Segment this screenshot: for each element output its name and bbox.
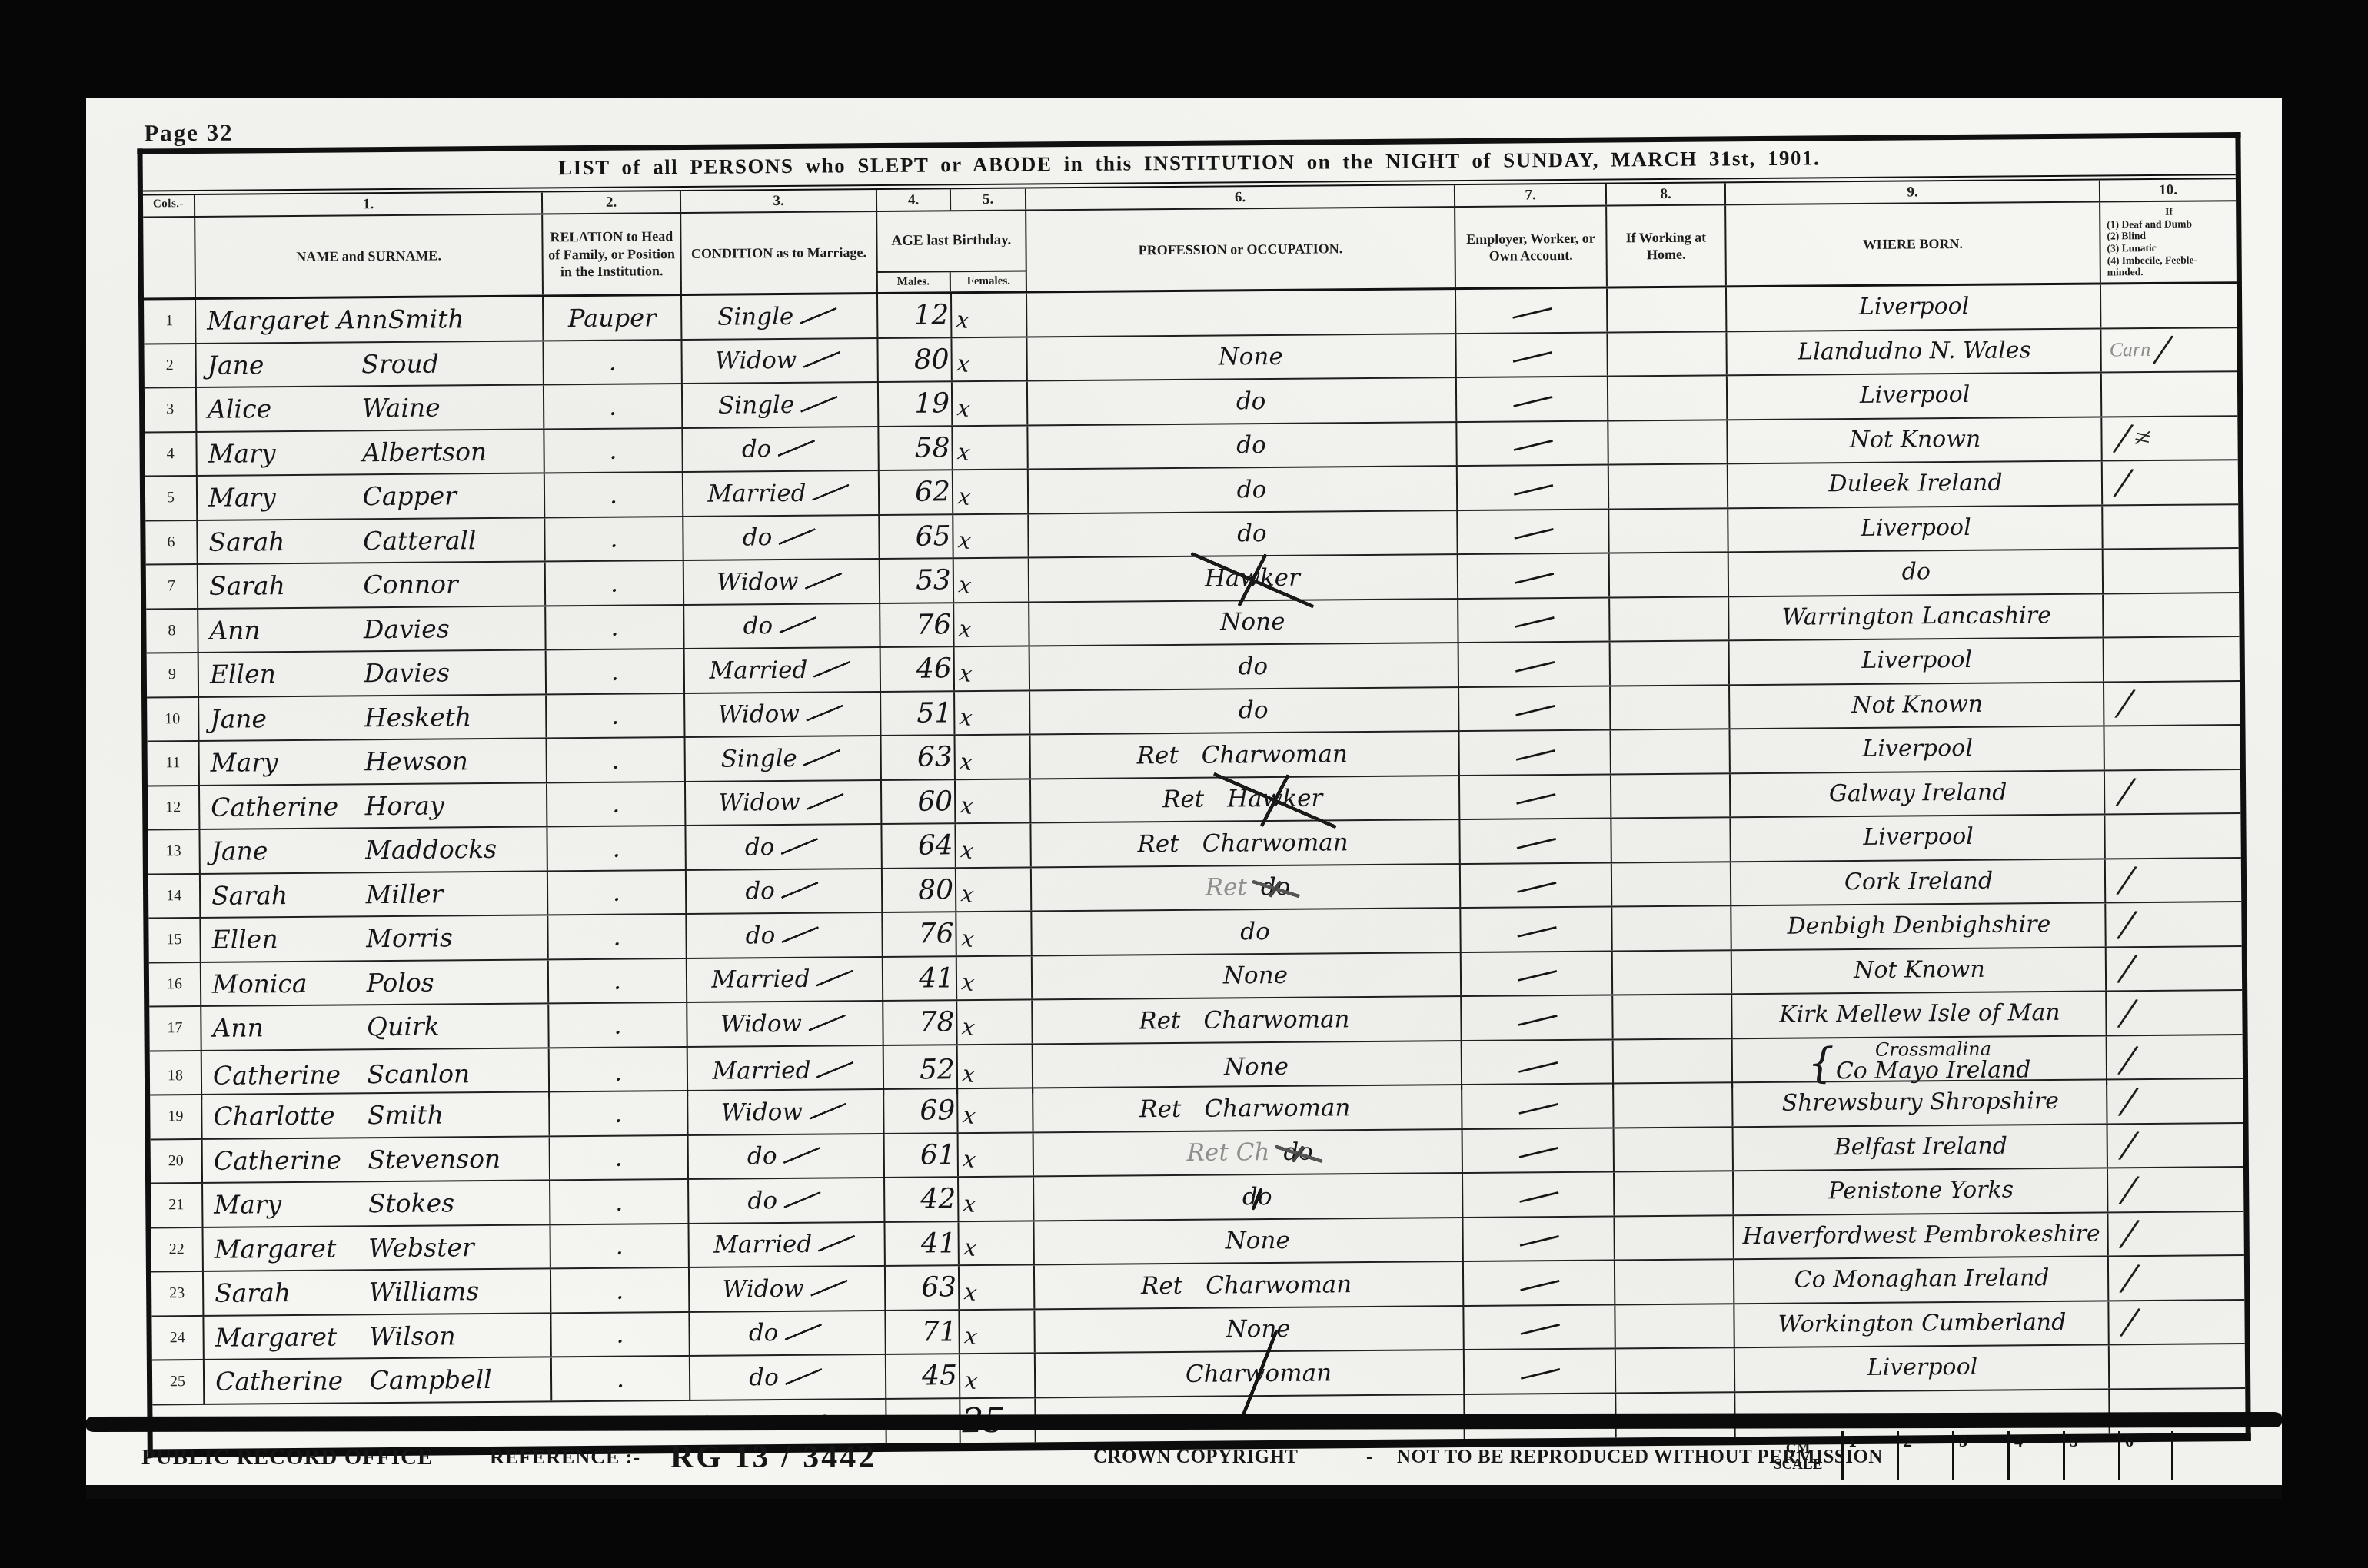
profession-cell: None <box>1029 600 1458 646</box>
infirmity-slash-mark: / <box>2120 1169 2137 1211</box>
profession-cell: Ret Hawker <box>1031 776 1460 822</box>
infirmity-slash-mark: / <box>2118 948 2135 990</box>
where-born-cell: Belfast Ireland <box>1734 1125 2108 1170</box>
working-home-cell <box>1615 1260 1734 1304</box>
condition-value: do <box>742 435 820 463</box>
name-cell: Jane Maddocks <box>200 827 547 872</box>
born-value: Liverpool <box>1861 649 1972 673</box>
profession-pencil-note: Ret Ch <box>1187 1138 1270 1167</box>
age-females-cell: x <box>958 1045 1033 1094</box>
where-born-cell: Workington Cumberland <box>1734 1301 2109 1347</box>
where-born-cell: Liverpool <box>1727 285 2101 331</box>
footer-copyright: CROWN COPYRIGHT <box>1093 1447 1299 1468</box>
profession-ret-prefix: Ret <box>1139 1007 1180 1035</box>
born-value: Warrington Lancashire <box>1782 604 2051 630</box>
born-lines: Not Known <box>1851 693 1983 718</box>
infirmity-cell: / <box>2108 1212 2243 1256</box>
infirmity-crossed-mark: ≠ <box>2131 420 2155 457</box>
surname: Webster <box>368 1232 474 1263</box>
census-page-scan: Page 32 LIST of all PERSONS who SLEPT or… <box>86 98 2282 1499</box>
born-value: Liverpool <box>1861 517 1971 541</box>
name-cell: Mary Albertson <box>197 430 544 475</box>
row-number: 3 <box>145 388 197 431</box>
profession-cell: None <box>1034 1218 1463 1264</box>
female-x-mark: x <box>960 880 976 908</box>
age-females-cell: x <box>956 735 1031 778</box>
employer-cell: — <box>1458 598 1610 642</box>
where-born-cell: Haverfordwest Pembrokeshire <box>1734 1213 2108 1258</box>
age-males-cell: 80 <box>878 338 952 381</box>
surname: Hewson <box>364 746 468 776</box>
infirmity-slash-mark: / <box>2118 904 2135 945</box>
ruler-tick: 2 <box>1897 1431 1952 1480</box>
working-home-cell <box>1611 686 1730 729</box>
condition-value: Married <box>712 1056 858 1085</box>
name-cell: Sarah Catterall <box>198 518 545 563</box>
relation-cell: . <box>546 606 684 649</box>
relation-cell: . <box>547 738 686 782</box>
where-born-cell: Liverpool <box>1730 639 2104 684</box>
infirmity-cell: / <box>2107 991 2242 1035</box>
working-home-cell <box>1608 332 1727 376</box>
infirmity-line: (1) Deaf and Dumb <box>2107 218 2192 231</box>
given-name: Ann <box>209 614 364 646</box>
working-home-cell <box>1609 509 1728 553</box>
employer-dash-mark: — <box>1512 776 1558 818</box>
working-home-cell <box>1611 641 1730 685</box>
profession-ret-prefix: Ret <box>1162 786 1204 813</box>
born-lines: Haverfordwest Pembrokeshire <box>1742 1223 2100 1249</box>
born-lines: Workington Cumberland <box>1778 1311 2067 1337</box>
profession-cell <box>1027 290 1456 336</box>
profession-value: do <box>1232 520 1272 547</box>
profession-pencil-note: Ret <box>1206 874 1247 902</box>
age-females-cell: x <box>954 558 1029 601</box>
age-males-cell: 53 <box>880 559 954 602</box>
name-cell: Ellen Morris <box>201 915 548 961</box>
profession-value: None <box>1221 1315 1295 1344</box>
infirmity-slash-mark: / <box>2154 329 2171 370</box>
age-females-cell: x <box>960 1354 1036 1397</box>
row-number: 17 <box>149 1007 201 1050</box>
profession-cell: do <box>1032 909 1461 955</box>
age-males-cell: 78 <box>883 1001 957 1044</box>
given-name: Catherine <box>213 1059 368 1091</box>
born-lines: Crossmalina Co Mayo Ireland <box>1836 1040 2031 1084</box>
infirmity-cell <box>2104 549 2239 593</box>
employer-dash-mark: — <box>1511 599 1557 641</box>
employer-dash-mark: — <box>1509 422 1555 464</box>
female-x-mark: x <box>955 306 971 334</box>
condition-value: do <box>746 921 823 949</box>
infirmity-cell: / <box>2109 1301 2244 1344</box>
infirmity-cell: / <box>2107 1079 2243 1123</box>
condition-cell: do <box>686 825 882 869</box>
age-females-cell: x <box>958 1088 1033 1131</box>
row-number: 4 <box>145 432 197 475</box>
infirmity-cell <box>2104 593 2239 637</box>
name-cell: Mary Stokes <box>203 1181 550 1226</box>
born-value: Not Known <box>1850 428 1981 453</box>
given-name: Ellen <box>211 924 366 955</box>
condition-cell: Widow <box>686 780 882 825</box>
condition-cell: Married <box>688 1045 884 1095</box>
infirmity-cell: / <box>2107 947 2242 991</box>
female-x-mark: x <box>959 792 975 819</box>
age-females-cell: x <box>952 337 1027 380</box>
born-lines: Denbigh Denbighshire <box>1787 914 2050 939</box>
born-value: Galway Ireland <box>1829 781 2007 806</box>
profession-cell: Ret Charwoman <box>1035 1262 1464 1308</box>
condition-value: Married <box>709 656 855 684</box>
ruler-tick: 1 <box>1841 1431 1897 1480</box>
profession-value: None <box>1219 1053 1293 1081</box>
working-home-cell <box>1608 376 1728 420</box>
name-cell: Sarah Williams <box>204 1269 551 1314</box>
female-x-mark: x <box>961 1101 977 1129</box>
profession-cell: do <box>1030 643 1459 689</box>
surname: Smith <box>388 304 464 334</box>
profession-value: None <box>1216 608 1289 636</box>
where-born-cell: Galway Ireland <box>1731 771 2105 816</box>
given-name: Catherine <box>215 1366 370 1397</box>
surname: Miller <box>365 879 443 909</box>
where-born-cell: Penistone Yorks <box>1734 1168 2108 1214</box>
relation-cell: . <box>550 1224 689 1267</box>
row-number: 1 <box>144 300 196 343</box>
profession-cell: None <box>1035 1307 1464 1353</box>
employer-cell: — <box>1460 819 1611 863</box>
employer-dash-mark: — <box>1516 1306 1562 1348</box>
born-lines: Llandudno N. Wales <box>1798 339 2031 364</box>
female-x-mark: x <box>956 438 972 466</box>
condition-value: Widow <box>722 1274 852 1303</box>
profession-value: Hawker <box>1222 785 1327 813</box>
working-home-cell <box>1616 1348 1735 1392</box>
infirmity-cell: / <box>2103 460 2238 504</box>
infirmity-slash-mark: / <box>2120 1257 2137 1299</box>
profession-ret-prefix: Ret <box>1139 1095 1181 1123</box>
employer-dash-mark: — <box>1514 1044 1560 1086</box>
employer-dash-mark: — <box>1509 378 1555 420</box>
age-females-cell: x <box>954 603 1029 646</box>
relation-cell: . <box>550 1135 689 1179</box>
surname: Stevenson <box>368 1144 501 1174</box>
condition-value: Widow <box>718 789 848 817</box>
age-females-cell: x <box>952 293 1027 336</box>
relation-cell: . <box>545 473 683 517</box>
row-number: 13 <box>148 830 200 873</box>
cm-scale-ruler: 1 2 3 4 5 6 <box>1841 1431 2173 1480</box>
footer-reference-label: REFERENCE :- <box>490 1446 640 1469</box>
infirmity-cell: / <box>2109 1256 2244 1300</box>
name-cell: Mary Hewson <box>200 739 547 784</box>
working-home-cell <box>1615 1171 1734 1215</box>
where-born-cell: Cork Ireland <box>1731 859 2106 905</box>
female-x-mark: x <box>958 703 974 731</box>
age-females-cell: x <box>956 823 1031 866</box>
given-name: Monica <box>212 968 367 999</box>
census-table: LIST of all PERSONS who SLEPT or ABODE i… <box>137 132 2250 1457</box>
employer-cell: — <box>1457 377 1608 421</box>
given-name: Catherine <box>211 791 365 822</box>
condition-cell: Single <box>682 294 878 339</box>
footer-scale-cm: CM <box>1774 1441 1822 1457</box>
header-rownum-blank <box>143 218 196 298</box>
condition-cell: do <box>689 1134 885 1178</box>
age-males-cell: 65 <box>880 515 953 558</box>
given-name: Catherine <box>214 1144 368 1176</box>
age-females-cell: x <box>956 912 1032 955</box>
infirmity-cell <box>2101 284 2237 327</box>
header-employer: Employer, Worker, or Own Account. <box>1455 207 1608 288</box>
surname: Smith <box>368 1100 444 1131</box>
born-lines: Penistone Yorks <box>1828 1179 2014 1204</box>
age-males-cell: 76 <box>880 603 954 646</box>
surname: Hesketh <box>364 702 472 733</box>
condition-cell: do <box>689 1178 885 1223</box>
employer-cell: — <box>1462 1040 1614 1090</box>
col-num-4: 4. <box>877 189 951 211</box>
given-name: Margaret <box>215 1233 369 1264</box>
employer-cell: — <box>1459 731 1611 775</box>
age-males-cell: 12 <box>878 294 952 337</box>
age-males-cell: 52 <box>884 1045 958 1095</box>
profession-ret-prefix: Ret <box>1136 742 1178 769</box>
working-home-cell <box>1610 597 1729 641</box>
where-born-cell: Duleek Ireland <box>1728 462 2103 507</box>
condition-value: do <box>745 832 823 861</box>
infirmity-cell: / <box>2106 859 2241 902</box>
female-x-mark: x <box>957 615 973 643</box>
col-num-7: 7. <box>1455 184 1607 207</box>
infirmity-slash-mark: / <box>2121 1302 2138 1344</box>
born-value: Duleek Ireland <box>1828 472 2002 497</box>
surname: Maddocks <box>365 834 497 865</box>
relation-cell: . <box>551 1312 690 1356</box>
born-value: Liverpool <box>1860 384 1971 408</box>
condition-cell: Widow <box>690 1267 886 1311</box>
born-lines: Liverpool <box>1861 517 1971 541</box>
ruler-tick: 4 <box>2007 1431 2063 1480</box>
female-x-mark: x <box>962 1145 978 1173</box>
age-females-cell: x <box>955 691 1030 734</box>
infirmity-slash-mark: / <box>2119 1081 2136 1122</box>
infirmity-cell <box>2103 505 2238 549</box>
relation-cell: . <box>550 1091 688 1135</box>
given-name: Jane <box>208 349 362 380</box>
profession-value: do <box>1279 1138 1318 1166</box>
given-name: Mary <box>208 437 362 469</box>
where-born-cell: Liverpool <box>1728 374 2102 419</box>
surname: Connor <box>363 570 458 600</box>
given-name: Margaret Ann <box>207 304 388 336</box>
working-home-cell <box>1612 906 1731 950</box>
condition-cell: Widow <box>685 692 881 736</box>
row-number: 23 <box>151 1272 204 1315</box>
profession-value: None <box>1213 343 1287 371</box>
born-value: Not Known <box>1851 693 1983 718</box>
working-home-cell <box>1609 464 1728 508</box>
infirmity-cell <box>2104 637 2240 681</box>
working-home-cell <box>1611 818 1731 862</box>
condition-value: Widow <box>715 347 845 375</box>
name-cell: Margaret Webster <box>204 1225 551 1271</box>
infirmity-line: (3) Lunatic <box>2107 242 2157 254</box>
infirmity-slash-mark: / <box>2114 462 2131 503</box>
given-name: Mary <box>214 1189 368 1221</box>
employer-dash-mark: — <box>1512 864 1558 906</box>
relation-cell: . <box>550 1047 688 1096</box>
header-females: Females. <box>951 272 1026 292</box>
header-age-label: AGE last Birthday. <box>891 211 1011 271</box>
name-cell: Ann Quirk <box>201 1004 549 1049</box>
row-number: 7 <box>146 565 198 608</box>
profession-cell: Charwoman <box>1036 1350 1465 1397</box>
employer-cell: — <box>1456 333 1608 377</box>
profession-cell: Ret Charwoman <box>1033 997 1462 1043</box>
name-cell: Margaret Ann Smith <box>196 297 544 342</box>
relation-cell: . <box>547 826 686 870</box>
age-males-cell: 61 <box>885 1134 959 1177</box>
col-num-1: 1. <box>195 192 543 216</box>
column-header-row: NAME and SURNAME. RELATION to Head of Fa… <box>143 201 2237 300</box>
row-number: 16 <box>149 962 201 1005</box>
employer-dash-mark: — <box>1514 997 1560 1039</box>
where-born-cell: Kirk Mellew Isle of Man <box>1732 992 2107 1037</box>
born-lines: Kirk Mellew Isle of Man <box>1779 1002 2060 1027</box>
born-value: Penistone Yorks <box>1828 1179 2014 1204</box>
age-females-cell: x <box>959 1221 1034 1264</box>
surname: Sroud <box>361 348 439 379</box>
condition-cell: do <box>690 1311 886 1355</box>
employer-cell: — <box>1465 1350 1616 1394</box>
name-cell: Monica Polos <box>201 960 549 1005</box>
employer-dash-mark: — <box>1516 1350 1562 1393</box>
row-number: 14 <box>148 874 201 917</box>
employer-dash-mark: — <box>1512 732 1558 774</box>
working-home-cell <box>1613 995 1732 1038</box>
born-value: Llandudno N. Wales <box>1798 339 2031 364</box>
header-condition: CONDITION as to Marriage. <box>681 212 878 294</box>
relation-cell: . <box>547 693 685 737</box>
employer-cell: — <box>1461 908 1612 952</box>
profession-value: do <box>1236 918 1275 945</box>
col-num-9: 9. <box>1726 181 2100 204</box>
profession-value: do <box>1234 696 1273 724</box>
condition-value: Married <box>711 965 857 993</box>
relation-cell: . <box>548 915 687 958</box>
given-name: Ann <box>212 1012 367 1044</box>
born-lines: Duleek Ireland <box>1828 472 2002 497</box>
age-males-cell: 69 <box>884 1089 958 1132</box>
infirmity-line: (2) Blind <box>2107 231 2146 243</box>
row-number: 5 <box>145 477 198 520</box>
where-born-cell: Llandudno N. Wales <box>1727 329 2101 374</box>
employer-dash-mark: — <box>1515 1174 1561 1216</box>
condition-value: Married <box>713 1230 860 1258</box>
infirmity-slash-mark: / <box>2120 1214 2137 1255</box>
profession-cell: do <box>1028 423 1457 469</box>
given-name: Jane <box>210 703 364 734</box>
employer-dash-mark: — <box>1515 1129 1561 1171</box>
female-x-mark: x <box>956 483 973 510</box>
profession-value: do <box>1232 476 1272 503</box>
born-value: Cork Ireland <box>1844 870 1993 895</box>
age-males-cell: 45 <box>886 1354 960 1397</box>
born-lines: Liverpool <box>1863 826 1974 850</box>
where-born-cell: { Crossmalina Co Mayo Ireland <box>1733 1036 2107 1088</box>
row-number: 2 <box>144 344 196 387</box>
born-value: Not Known <box>1854 958 1985 983</box>
age-females-cell: x <box>960 1265 1035 1308</box>
where-born-cell: Shrewsbury Shropshire <box>1733 1080 2107 1125</box>
profession-value: Hawker <box>1200 563 1305 592</box>
profession-cell: do <box>1030 688 1459 734</box>
working-home-cell <box>1611 774 1731 818</box>
profession-cell: Ret Charwoman <box>1031 820 1460 866</box>
age-males-cell: 80 <box>883 869 956 912</box>
condition-value: do <box>747 1186 825 1214</box>
profession-value: do <box>1238 1183 1277 1211</box>
employer-dash-mark: — <box>1512 820 1558 862</box>
condition-cell: Widow <box>688 1090 884 1134</box>
ruler-tick: 5 <box>2063 1431 2118 1480</box>
footer-scale-word: SCALE <box>1774 1457 1822 1473</box>
employer-cell: — <box>1458 510 1609 553</box>
profession-cell: do <box>1029 467 1458 513</box>
infirmity-cell: / <box>2106 902 2241 946</box>
condition-cell: Married <box>687 957 883 1002</box>
profession-value: None <box>1219 962 1292 990</box>
row-number: 22 <box>151 1227 204 1271</box>
row-number: 8 <box>146 609 198 652</box>
infirmity-pencil-note: Carn <box>2109 338 2150 361</box>
female-x-mark: x <box>956 394 972 422</box>
condition-cell: Widow <box>682 339 878 384</box>
born-value: do <box>1902 561 1931 585</box>
name-cell: Catherine Stevenson <box>203 1137 550 1182</box>
female-x-mark: x <box>963 1278 979 1306</box>
female-x-mark: x <box>963 1234 979 1261</box>
name-cell: Jane Hesketh <box>199 695 547 740</box>
name-cell: Mary Capper <box>198 473 545 519</box>
surname: Davies <box>364 613 450 644</box>
where-born-cell: do <box>1729 550 2104 596</box>
born-lines: do <box>1902 561 1931 585</box>
header-age-sub: Males. Females. <box>877 271 1026 292</box>
profession-value: None <box>1220 1227 1294 1255</box>
name-cell: Ann Davies <box>198 606 546 652</box>
row-number: 6 <box>145 520 198 563</box>
col-num-2: 2. <box>543 191 681 213</box>
infirmity-slash-mark: / <box>2117 772 2134 813</box>
table-body: 1 Margaret Ann Smith Pauper Single 12 x … <box>144 284 2245 1405</box>
employer-cell: — <box>1463 1173 1615 1217</box>
age-males-cell: 41 <box>885 1222 959 1265</box>
employer-dash-mark: — <box>1513 909 1559 951</box>
female-x-mark: x <box>959 748 975 776</box>
relation-cell: . <box>550 1180 689 1224</box>
given-name: Sarah <box>215 1277 369 1309</box>
row-number: 21 <box>151 1184 203 1227</box>
header-infirmity: If (1) Deaf and Dumb (2) Blind (3) Lunat… <box>2100 201 2237 282</box>
relation-cell: . <box>549 958 687 1002</box>
header-working-home: If Working at Home. <box>1607 205 1727 286</box>
condition-value: do <box>743 612 820 640</box>
condition-cell: do <box>687 913 883 958</box>
born-lines: Liverpool <box>1862 737 1973 762</box>
